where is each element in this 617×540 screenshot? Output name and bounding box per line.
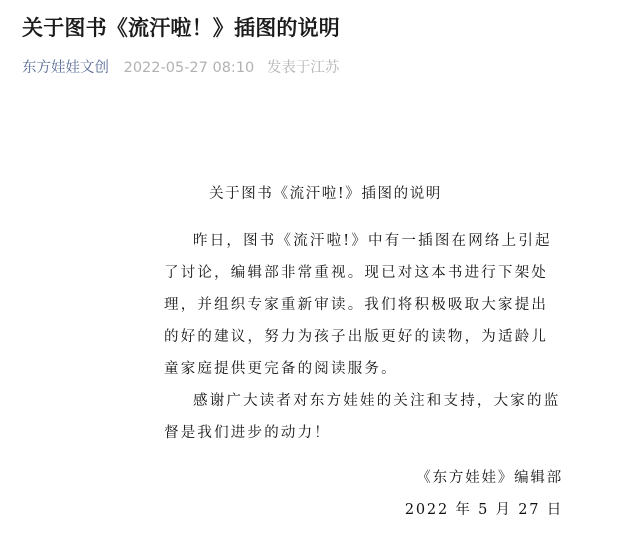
signature-department: 《东方娃娃》编辑部 [405, 462, 563, 494]
publish-date: 2022-05-27 08:10 [124, 60, 255, 76]
notice-paragraph: 感谢广大读者对东方娃娃的关注和支持，大家的监督是我们进步的动力！ [164, 385, 564, 449]
notice-title: 关于图书《流汗啦!》插图的说明 [0, 182, 617, 203]
notice-paragraph: 昨日，图书《流汗啦!》中有一插图在网络上引起了讨论，编辑部非常重视。现已对这本书… [164, 225, 564, 385]
notice-body: 昨日，图书《流汗啦!》中有一插图在网络上引起了讨论，编辑部非常重视。现已对这本书… [164, 225, 564, 449]
notice-signature: 《东方娃娃》编辑部 2022 年 5 月 27 日 [405, 462, 563, 526]
publish-location: 发表于江苏 [267, 60, 340, 76]
article-title: 关于图书《流汗啦！》插图的说明 [22, 12, 340, 44]
notice-image: 关于图书《流汗啦!》插图的说明 昨日，图书《流汗啦!》中有一插图在网络上引起了讨… [0, 100, 617, 540]
article-meta: 东方娃娃文创 2022-05-27 08:10 发表于江苏 [22, 57, 339, 79]
signature-date: 2022 年 5 月 27 日 [405, 494, 563, 526]
author-link[interactable]: 东方娃娃文创 [22, 60, 109, 76]
